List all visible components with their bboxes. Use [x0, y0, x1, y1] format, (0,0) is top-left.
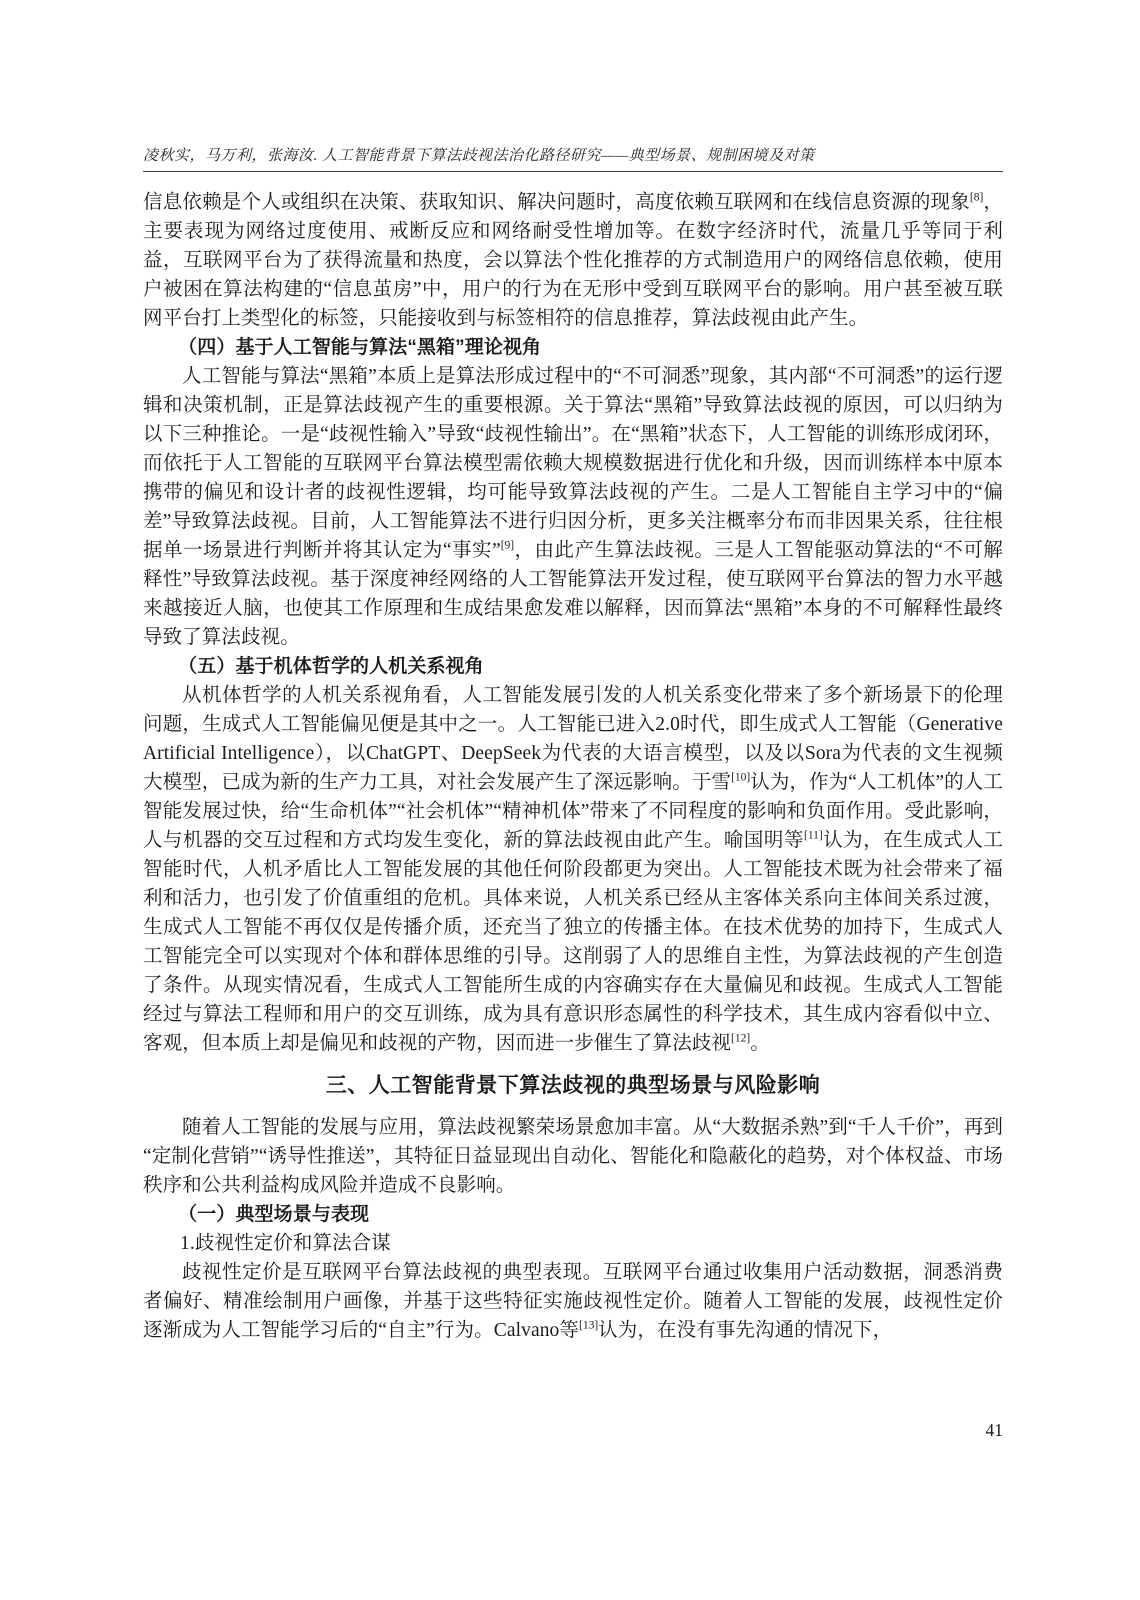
journal-page: 凌秋实，马万利，张海汝. 人工智能背景下算法歧视法治化路径研究——典型场景、规制… — [0, 0, 1140, 1600]
section-heading-5-organism-philosophy: （五）基于机体哲学的人机关系视角 — [143, 652, 1003, 681]
citation-ref: [8] — [970, 192, 983, 204]
subheading-1-discriminatory-pricing: 1.歧视性定价和算法合谋 — [143, 1229, 1003, 1258]
citation-ref: [10] — [731, 772, 750, 784]
continued-paragraph-information-dependence: 信息依赖是个人或组织在决策、获取知识、解决问题时，高度依赖互联网和在线信息资源的… — [143, 188, 1003, 333]
citation-ref: [12] — [731, 1033, 750, 1045]
article-body: 信息依赖是个人或组织在决策、获取知识、解决问题时，高度依赖互联网和在线信息资源的… — [143, 188, 1003, 1345]
running-header-text: 凌秋实，马万利，张海汝. 人工智能背景下算法歧视法治化路径研究——典型场景、规制… — [143, 144, 1003, 165]
paragraph-scenario-overview: 随着人工智能的发展与应用，算法歧视繁荣场景愈加丰富。从“大数据杀熟”到“千人千价… — [143, 1113, 1003, 1200]
paragraph-discriminatory-pricing: 歧视性定价是互联网平台算法歧视的典型表现。互联网平台通过收集用户活动数据，洞悉消… — [143, 1258, 1003, 1345]
page-number: 41 — [143, 1420, 1003, 1441]
paragraph-black-box: 人工智能与算法“黑箱”本质上是算法形成过程中的“不可洞悉”现象，其内部“不可洞悉… — [143, 362, 1003, 652]
citation-ref: [13] — [579, 1320, 598, 1332]
citation-ref: [11] — [804, 830, 823, 842]
section-heading-4-black-box: （四）基于人工智能与算法“黑箱”理论视角 — [143, 333, 1003, 362]
paragraph-human-machine-relationship: 从机体哲学的人机关系视角看，人工智能发展引发的人机关系变化带来了多个新场景下的伦… — [143, 681, 1003, 1058]
section-heading-1-typical-scenarios: （一）典型场景与表现 — [143, 1200, 1003, 1229]
header-rule — [143, 171, 1003, 172]
running-header: 凌秋实，马万利，张海汝. 人工智能背景下算法歧视法治化路径研究——典型场景、规制… — [143, 144, 1003, 180]
chapter-heading-3-typical-scenarios: 三、人工智能背景下算法歧视的典型场景与风险影响 — [143, 1071, 1003, 1101]
citation-ref: [9] — [501, 540, 514, 552]
